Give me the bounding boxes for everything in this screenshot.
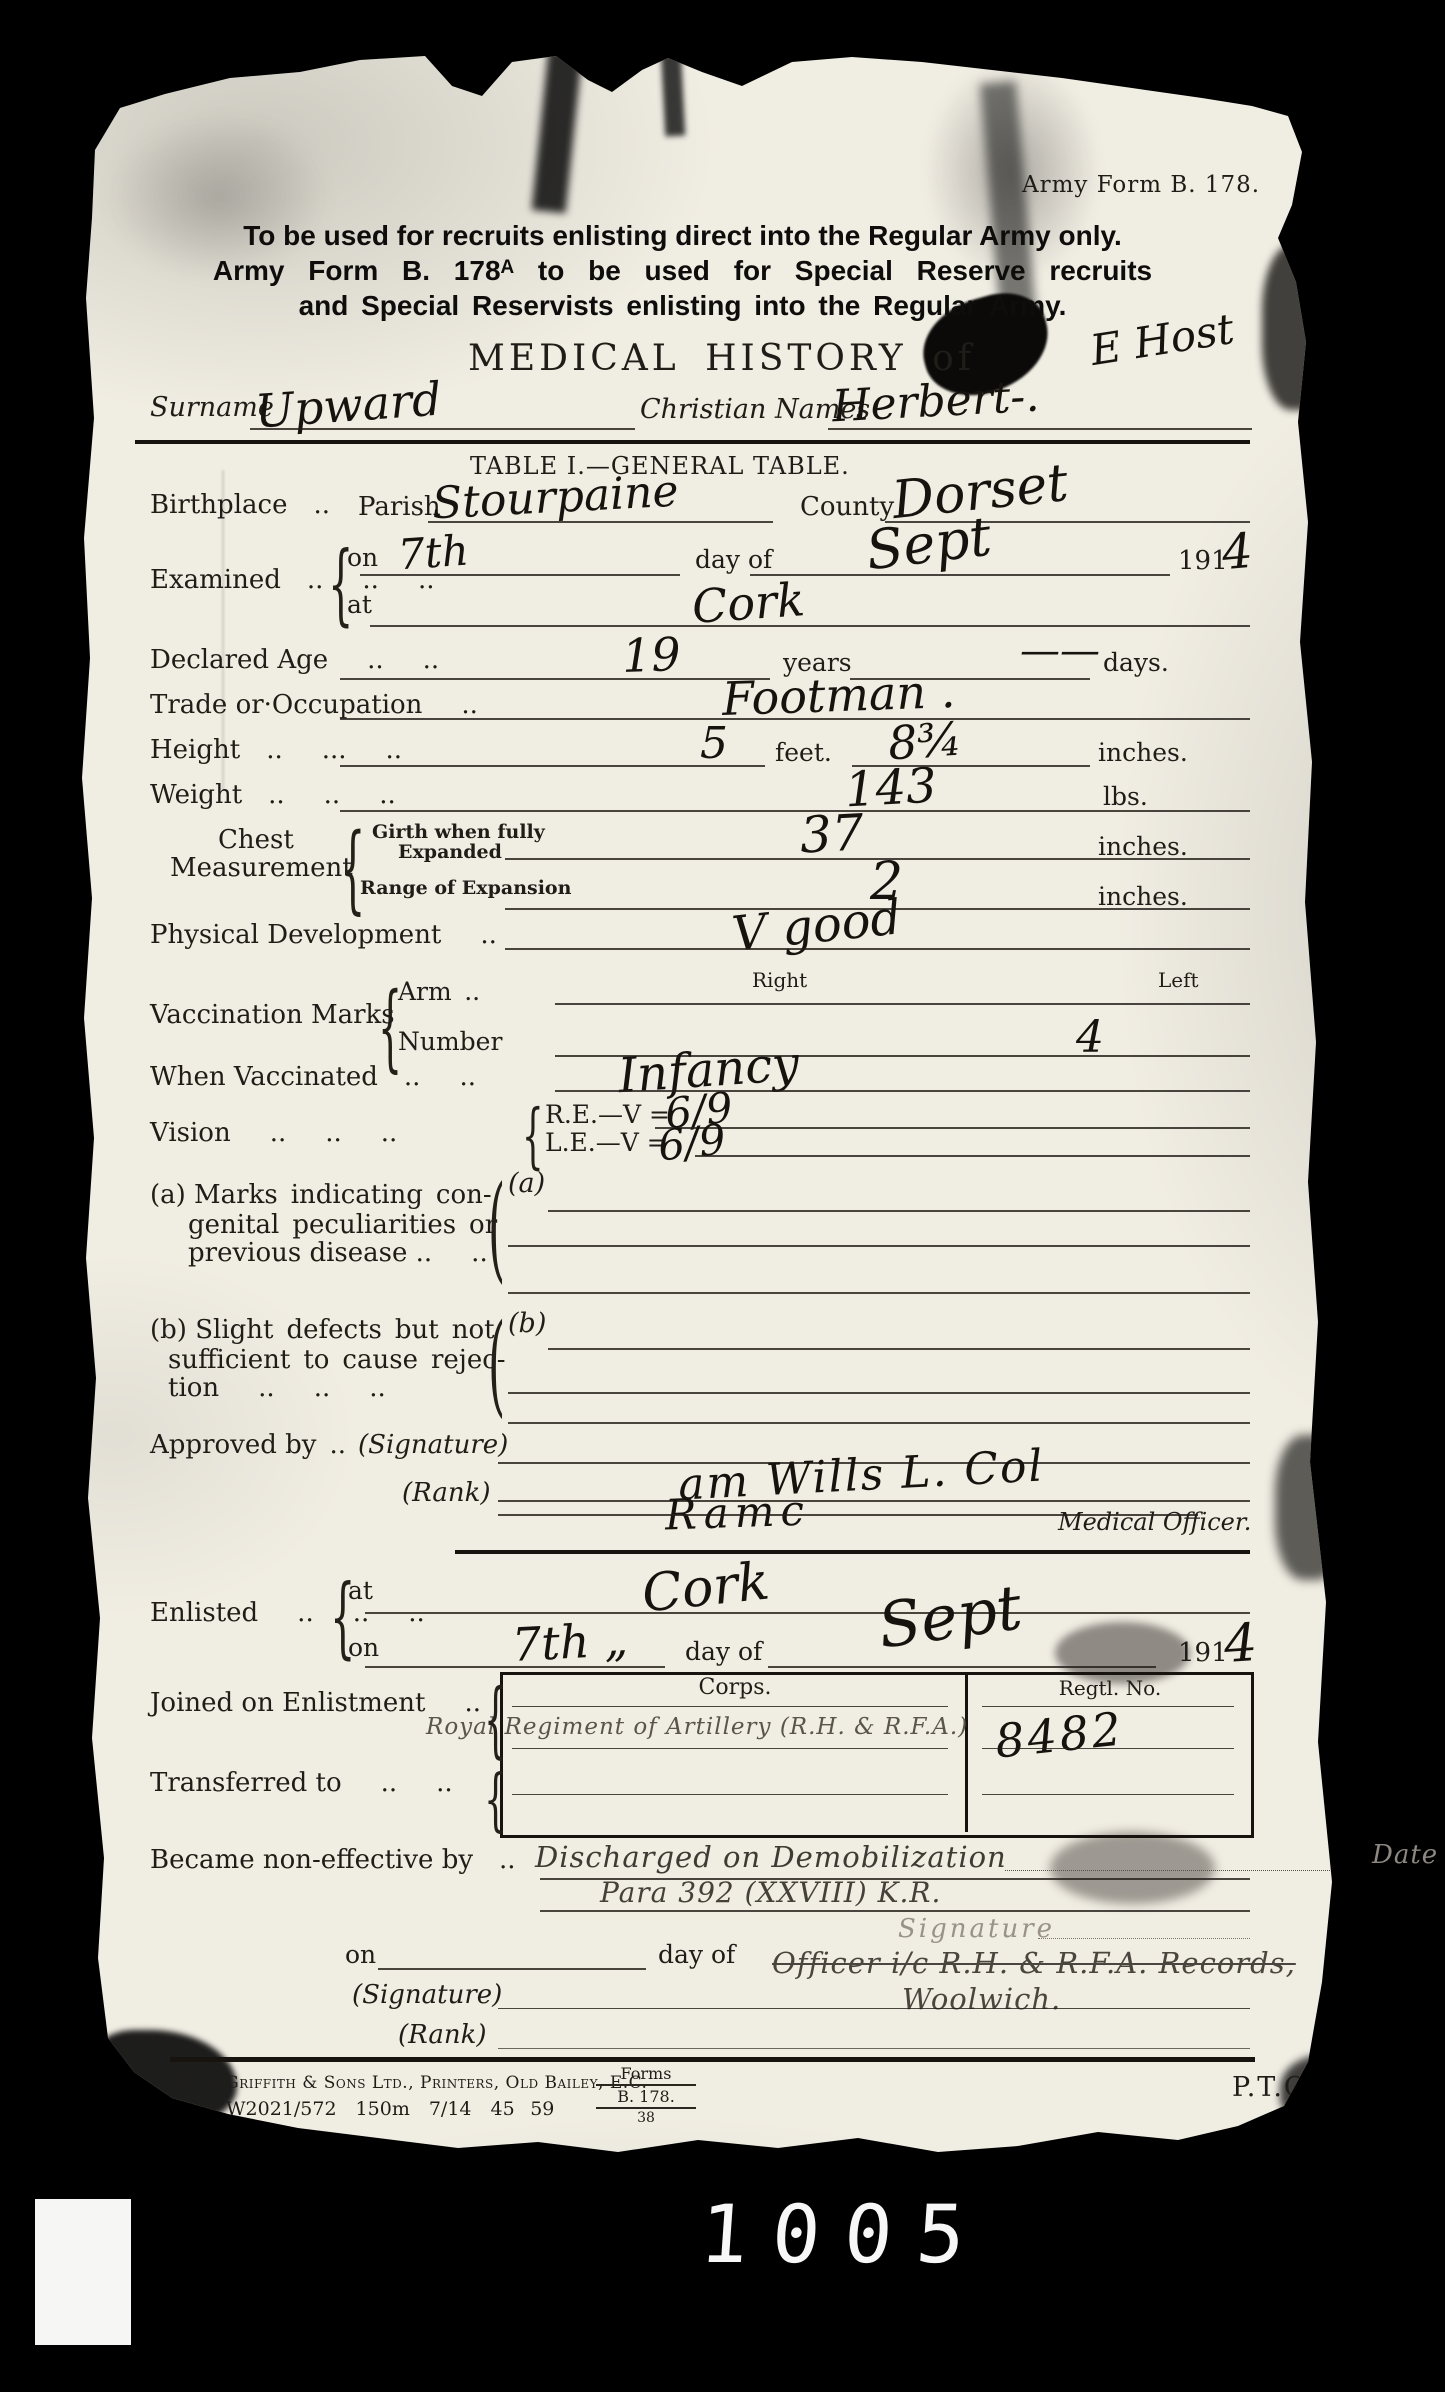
marks-a-tag: (a) <box>508 1168 545 1199</box>
heavy-rule <box>455 1550 1250 1554</box>
white-patch <box>35 2199 131 2345</box>
vaccination-marks-label: Vaccination Marks <box>150 1000 395 1030</box>
defects-b-label-line3: tion .. .. .. <box>168 1373 386 1403</box>
defects-b-label-line2: sufficient to cause rejec- <box>168 1345 506 1375</box>
forms-sub-number: 38 <box>596 2109 696 2126</box>
scanned-document-page: Army Form B. 178. To be used for recruit… <box>0 0 1445 2392</box>
bottom-signature-label: (Signature) <box>352 1980 502 2010</box>
ruled-line <box>512 1706 948 1707</box>
day-of-label: day of <box>695 545 772 574</box>
became-non-effective-label: Became non-effective by .. <box>150 1845 516 1875</box>
number-label: Number <box>398 1027 502 1056</box>
notice-line-2: Army Form B. 178ᴬ to be used for Special… <box>115 253 1250 288</box>
examined-label: Examined .. .. .. <box>150 565 434 595</box>
ruled-line <box>982 1748 1234 1749</box>
paper-sheet: Army Form B. 178. To be used for recruit… <box>0 0 1445 2392</box>
ruled-line <box>768 1666 1156 1668</box>
feet-label: feet. <box>775 738 832 767</box>
smudge <box>1050 1832 1215 1904</box>
ruled-line <box>340 810 1250 812</box>
lbs-label: lbs. <box>1103 782 1148 811</box>
enlisted-year-value: 4 <box>1222 1613 1259 1675</box>
expanded-label: Expanded <box>398 841 502 863</box>
ruled-line <box>360 574 680 576</box>
dotted-line <box>1038 1938 1250 1939</box>
approved-rank-value: Ramc <box>664 1485 811 1539</box>
ruled-line <box>512 1794 948 1795</box>
notice-line-1: To be used for recruits enlisting direct… <box>115 218 1250 253</box>
height-feet-value: 5 <box>700 718 728 769</box>
on-label: on <box>345 1940 376 1969</box>
measurement-label: Measurement <box>170 853 353 883</box>
ruled-line <box>340 765 765 767</box>
joined-on-enlistment-label: Joined on Enlistment .. <box>150 1688 481 1718</box>
ruled-line <box>428 521 773 523</box>
usage-notice: To be used for recruits enlisting direct… <box>115 218 1250 323</box>
declared-age-label: Declared Age .. .. <box>150 645 439 675</box>
regtl-no-header: Regtl. No. <box>990 1676 1230 1700</box>
parish-label: Parish <box>358 492 441 522</box>
ruled-line <box>828 428 1252 430</box>
right-eye-label: R.E.—V = <box>545 1100 670 1129</box>
arm-label: Arm .. <box>398 977 480 1006</box>
ruled-line <box>498 1514 1198 1516</box>
trade-label: Trade or·Occupation .. <box>150 690 478 720</box>
tear-streak <box>661 48 686 137</box>
ruled-line <box>508 1245 1250 1247</box>
ruled-line <box>555 1090 1250 1092</box>
examined-day-value: 7th <box>396 526 470 580</box>
ruled-line <box>498 1500 1250 1502</box>
printer-imprint: W. P. Griffith & Sons Ltd., Printers, Ol… <box>178 2073 647 2093</box>
height-label: Height .. ... .. <box>150 735 402 765</box>
ruled-line <box>982 1794 1234 1795</box>
when-vaccinated-label: When Vaccinated .. .. <box>150 1062 476 1092</box>
inches-label: inches. <box>1098 738 1188 767</box>
smudge <box>1275 1435 1345 1580</box>
ruled-line <box>340 718 1250 720</box>
bracket: ( <box>488 1163 505 1296</box>
forms-number: B. 178. <box>596 2086 696 2109</box>
weight-label: Weight .. .. .. <box>150 780 396 810</box>
corps-header: Corps. <box>600 1675 870 1700</box>
girth-value: 37 <box>799 803 866 864</box>
left-column-label: Left <box>1158 968 1199 992</box>
print-code: [46] W2021/572 150m 7/14 45 59 <box>168 2098 554 2120</box>
ruled-line <box>250 428 635 430</box>
ruled-line <box>695 1155 1250 1157</box>
year-printed: 191 <box>1178 1638 1228 1668</box>
tear-streak <box>532 49 583 214</box>
archive-plate-number: 1005 <box>697 2188 992 2281</box>
age-days-value: —— <box>1020 628 1100 674</box>
table-column-divider <box>965 1672 968 1832</box>
ruled-line <box>340 678 770 680</box>
marks-a-label-line2: genital peculiarities or <box>188 1210 497 1240</box>
right-column-label: Right <box>752 968 807 992</box>
transferred-to-label: Transferred to .. .. <box>150 1768 453 1798</box>
ruled-line <box>548 1348 1250 1350</box>
heavy-rule <box>170 2057 1255 2062</box>
ruled-line <box>365 1612 1250 1614</box>
corps-stamp-value: Royal Regiment of Artillery (R.H. & R.F.… <box>426 1714 968 1740</box>
day-of-label: day of <box>658 1940 735 1969</box>
enlisted-month-value: Sept <box>874 1570 1027 1662</box>
range-label: Range of Expansion <box>360 877 571 899</box>
signature-stamp-label: Signature <box>898 1914 1055 1944</box>
ruled-line <box>548 1210 1250 1212</box>
approved-rank-label: (Rank) <box>402 1478 490 1508</box>
year-printed: 191 <box>1178 546 1228 576</box>
smudge <box>1280 2055 1375 2130</box>
heavy-rule <box>135 440 1250 444</box>
ruled-line <box>508 1292 1250 1294</box>
forms-label: Forms <box>596 2064 696 2086</box>
girth-label: Girth when fully <box>372 821 545 843</box>
defects-b-label-line1: (b) Slight defects but not <box>150 1315 495 1345</box>
at-label: at <box>347 590 372 619</box>
days-label: days. <box>1103 648 1169 677</box>
discharge-method-stamp: Discharged on Demobilization <box>535 1840 1007 1874</box>
dotted-line <box>1005 1870 1330 1871</box>
marks-a-label-line3: previous disease .. .. <box>188 1238 488 1268</box>
vision-label: Vision .. .. .. <box>150 1118 397 1148</box>
ruled-line <box>750 574 1170 576</box>
ruled-line <box>655 1127 1250 1129</box>
ruled-line <box>512 1748 948 1749</box>
brace: { <box>484 1674 507 1768</box>
para-kr-stamp: Para 392 (XXVIII) K.R. <box>600 1876 941 1909</box>
left-eye-label: L.E.—V = <box>545 1128 668 1157</box>
ruled-line <box>508 1422 1250 1424</box>
at-label: at <box>348 1576 373 1605</box>
age-value: 19 <box>621 627 681 683</box>
ruled-line <box>508 1392 1250 1394</box>
notice-line-3: and Special Reservists enlisting into th… <box>115 288 1250 323</box>
bracket: ( <box>488 1302 505 1430</box>
pto-label: P.T.O <box>1232 2072 1308 2103</box>
defects-b-tag: (b) <box>508 1308 546 1339</box>
brace: { <box>340 815 365 925</box>
on-label: on <box>347 543 378 572</box>
brace: { <box>522 1095 544 1179</box>
brace: { <box>484 1762 507 1840</box>
ruled-line <box>540 1910 1250 1912</box>
ruled-line <box>378 1968 646 1970</box>
forms-box: Forms B. 178. 38 <box>596 2064 696 2126</box>
page-title: MEDICAL HISTORY of <box>468 338 975 379</box>
ruled-line <box>498 2048 1250 2049</box>
physical-development-label: Physical Development .. <box>150 920 497 950</box>
approved-by-label: Approved by .. <box>150 1430 346 1460</box>
physical-development-value: V good <box>730 889 904 962</box>
inches-label: inches. <box>1098 882 1188 911</box>
ruled-line <box>555 1003 1250 1005</box>
birthplace-label: Birthplace .. <box>150 490 330 520</box>
chest-label: Chest <box>218 825 294 855</box>
left-eye-value: 6/9 <box>656 1115 728 1171</box>
ruled-line <box>505 948 1250 950</box>
ruled-line <box>498 2008 1250 2009</box>
christian-names-value: Herbert-. <box>831 371 1041 433</box>
on-label: on <box>348 1633 379 1662</box>
marks-a-label-line1: (a) Marks indicating con- <box>150 1180 492 1210</box>
inches-label: inches. <box>1098 832 1188 861</box>
ruled-line <box>365 1666 665 1668</box>
approved-signature-label: (Signature) <box>358 1430 508 1460</box>
records-office-stamp-line1: Officer i/c R.H. & R.F.A. Records, <box>772 1946 1296 1980</box>
date-stamp-label: Date <box>1372 1840 1438 1870</box>
records-office-stamp-line2: Woolwich. <box>902 1982 1061 2016</box>
smudge <box>1262 245 1334 410</box>
medical-officer-label: Medical Officer. <box>1058 1508 1251 1536</box>
form-number: Army Form B. 178. <box>1022 172 1260 198</box>
examined-year-value: 4 <box>1220 523 1255 581</box>
parish-value: Stourpaine <box>431 466 680 530</box>
enlisted-day-value: 7th „ <box>511 1612 630 1672</box>
day-of-label: day of <box>685 1637 762 1666</box>
bottom-rank-label: (Rank) <box>398 2020 486 2050</box>
ruled-line <box>370 625 1250 627</box>
